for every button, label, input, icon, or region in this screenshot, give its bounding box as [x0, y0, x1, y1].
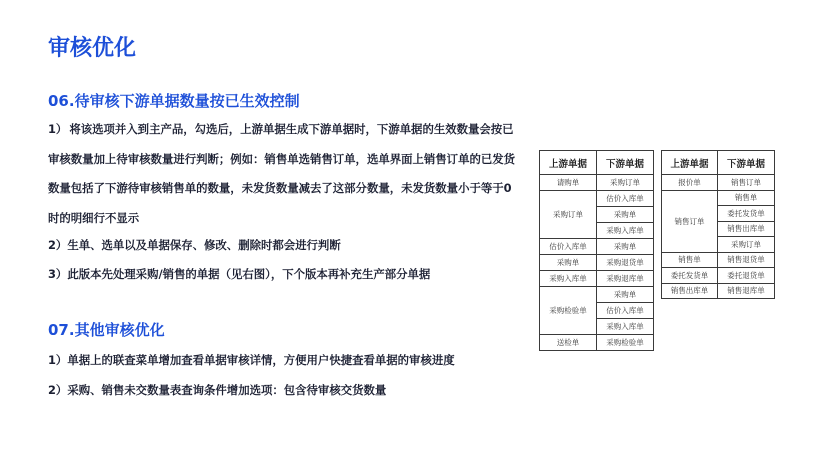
table-row: 销售订单 销售单 — [662, 190, 775, 206]
upstream-cell: 采购订单 — [540, 191, 597, 239]
section-07-item-1: 1）单据上的联查菜单增加查看单据审核详情，方便用户快捷查看单据的审核进度 — [48, 352, 455, 368]
section-06-item-1: 1）将该选项并入到主产品，勾选后，上游单据生成下游单据时，下游单据的生效数量会按… — [48, 115, 518, 233]
section-heading-06: 06.待审核下游单据数量按已生效控制 — [48, 91, 300, 111]
downstream-cell: 采购退库单 — [597, 271, 654, 287]
downstream-cell: 采购单 — [597, 287, 654, 303]
table-row: 送检单 采购检验单 — [540, 335, 654, 351]
downstream-cell: 采购入库单 — [597, 319, 654, 335]
table-row: 采购单 采购退货单 — [540, 255, 654, 271]
table-row: 采购入库单 采购退库单 — [540, 271, 654, 287]
header-upstream: 上游单据 — [540, 151, 597, 175]
downstream-cell: 销售单 — [718, 190, 775, 206]
downstream-cell: 采购单 — [597, 207, 654, 223]
upstream-cell: 送检单 — [540, 335, 597, 351]
downstream-cell: 采购检验单 — [597, 335, 654, 351]
table-row: 估价入库单 采购单 — [540, 239, 654, 255]
page-title: 审核优化 — [48, 34, 136, 64]
section-06-item-3: 3）此版本先处理采购/销售的单据（见右图），下个版本再补充生产部分单据 — [48, 266, 430, 282]
header-upstream: 上游单据 — [662, 151, 718, 175]
section-06-item-2: 2）生单、选单以及单据保存、修改、删除时都会进行判断 — [48, 237, 341, 253]
downstream-cell: 估价入库单 — [597, 303, 654, 319]
downstream-cell: 委托发货单 — [718, 206, 775, 222]
item-text: 此版本先处理采购/销售的单据（见右图），下个版本再补充生产部分单据 — [67, 267, 430, 281]
item-text: 将该选项并入到主产品，勾选后，上游单据生成下游单据时，下游单据的生效数量会按已审… — [48, 122, 515, 225]
downstream-cell: 销售订单 — [718, 175, 775, 191]
upstream-cell: 估价入库单 — [540, 239, 597, 255]
downstream-cell: 采购退货单 — [597, 255, 654, 271]
table-row: 采购检验单 采购单 — [540, 287, 654, 303]
item-number: 1） — [48, 122, 67, 136]
item-text: 单据上的联查菜单增加查看单据审核详情，方便用户快捷查看单据的审核进度 — [67, 353, 454, 367]
header-downstream: 下游单据 — [718, 151, 775, 175]
downstream-cell: 采购单 — [597, 239, 654, 255]
item-text: 采购、销售未交数量表查询条件增加选项：包含待审核交货数量 — [67, 383, 386, 397]
item-text: 生单、选单以及单据保存、修改、删除时都会进行判断 — [67, 238, 340, 252]
table-row: 报价单 销售订单 — [662, 175, 775, 191]
downstream-cell: 采购订单 — [718, 237, 775, 253]
downstream-cell: 委托退货单 — [718, 268, 775, 284]
table-header-row: 上游单据 下游单据 — [540, 151, 654, 175]
table-row: 销售单 销售退货单 — [662, 252, 775, 268]
item-number: 2） — [48, 238, 67, 252]
purchase-document-flow-table: 上游单据 下游单据 请购单 采购订单 采购订单 估价入库单 采购单 采购入库单 … — [539, 150, 654, 351]
item-number: 3） — [48, 267, 67, 281]
section-heading-07: 07.其他审核优化 — [48, 320, 165, 340]
upstream-cell: 采购检验单 — [540, 287, 597, 335]
upstream-cell: 采购入库单 — [540, 271, 597, 287]
item-number: 2） — [48, 383, 67, 397]
upstream-cell: 销售订单 — [662, 190, 718, 252]
downstream-cell: 销售退库单 — [718, 283, 775, 299]
table-row: 采购订单 估价入库单 — [540, 191, 654, 207]
table-row: 销售出库单 销售退库单 — [662, 283, 775, 299]
header-downstream: 下游单据 — [597, 151, 654, 175]
section-07-item-2: 2）采购、销售未交数量表查询条件增加选项：包含待审核交货数量 — [48, 382, 386, 398]
downstream-cell: 估价入库单 — [597, 191, 654, 207]
table-row: 请购单 采购订单 — [540, 175, 654, 191]
downstream-cell: 销售退货单 — [718, 252, 775, 268]
downstream-cell: 采购入库单 — [597, 223, 654, 239]
table-row: 委托发货单 委托退货单 — [662, 268, 775, 284]
upstream-cell: 报价单 — [662, 175, 718, 191]
upstream-cell: 销售单 — [662, 252, 718, 268]
upstream-cell: 委托发货单 — [662, 268, 718, 284]
downstream-cell: 销售出库单 — [718, 221, 775, 237]
downstream-cell: 采购订单 — [597, 175, 654, 191]
upstream-cell: 采购单 — [540, 255, 597, 271]
item-number: 1） — [48, 353, 67, 367]
sales-document-flow-table: 上游单据 下游单据 报价单 销售订单 销售订单 销售单 委托发货单 销售出库单 … — [661, 150, 775, 299]
upstream-cell: 销售出库单 — [662, 283, 718, 299]
table-header-row: 上游单据 下游单据 — [662, 151, 775, 175]
upstream-cell: 请购单 — [540, 175, 597, 191]
